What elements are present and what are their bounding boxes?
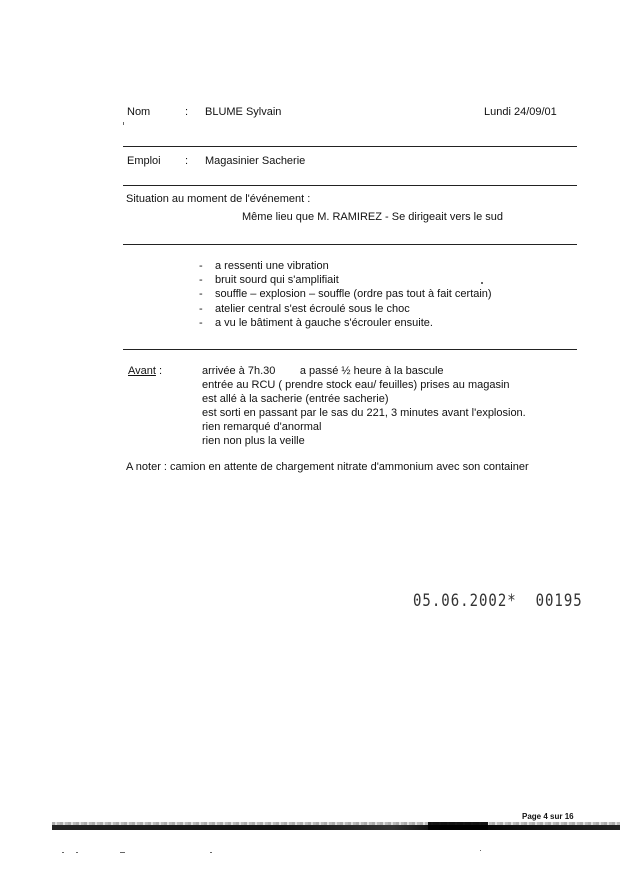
scan-speck [62, 852, 64, 853]
name-value: BLUME Sylvain [205, 106, 281, 118]
before-line: rien remarqué d'anormal [202, 421, 322, 433]
scan-speck [120, 852, 125, 853]
divider [123, 185, 577, 186]
page-number: Page 4 sur 16 [522, 812, 574, 821]
before-line: rien non plus la veille [202, 435, 305, 447]
date-stamp: 05.06.2002* 00195 [413, 591, 583, 610]
list-item: -atelier central s'est écroulé sous le c… [199, 303, 410, 315]
name-separator: : [185, 106, 188, 118]
list-item: -souffle – explosion – souffle (ordre pa… [199, 288, 492, 300]
situation-value: Même lieu que M. RAMIREZ - Se dirigeait … [242, 211, 503, 223]
scan-speck [210, 852, 212, 853]
scan-speck [481, 282, 483, 284]
list-item: -a vu le bâtiment à gauche s'écrouler en… [199, 317, 433, 329]
note: A noter : camion en attente de chargemen… [126, 461, 529, 473]
name-label: Nom [127, 106, 150, 118]
before-line: est sorti en passant par le sas du 221, … [202, 407, 526, 419]
report-date: Lundi 24/09/01 [484, 106, 557, 118]
divider [123, 244, 577, 245]
list-item: -a ressenti une vibration [199, 260, 329, 272]
situation-label: Situation au moment de l'événement : [126, 193, 310, 205]
scan-speck [480, 850, 481, 851]
scan-speck [76, 852, 78, 853]
scan-speck [123, 122, 124, 125]
footer-rule [52, 825, 620, 830]
before-line: arrivée à 7h.30 a passé ½ heure à la bas… [202, 365, 444, 377]
divider [123, 146, 577, 147]
employment-value: Magasinier Sacherie [205, 155, 305, 167]
employment-label: Emploi [127, 155, 161, 167]
scan-artifact [428, 822, 488, 830]
list-item: -bruit sourd qui s'amplifiait [199, 274, 339, 286]
divider [123, 349, 577, 350]
before-label: Avant : [128, 365, 162, 377]
employment-separator: : [185, 155, 188, 167]
before-line: est allé à la sacherie (entrée sacherie) [202, 393, 388, 405]
before-line: entrée au RCU ( prendre stock eau/ feuil… [202, 379, 510, 391]
